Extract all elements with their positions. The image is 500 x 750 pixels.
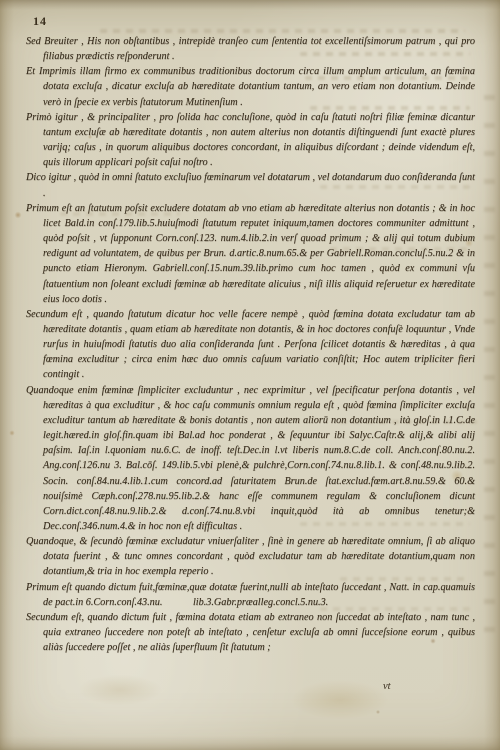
- paragraph-6: Secundum eſt , quando ſtatutum dicatur h…: [26, 307, 475, 383]
- catchword: vt: [383, 681, 391, 692]
- paragraph-9: Primum eſt quando dictum fuit,fœminæ,quæ…: [26, 580, 475, 610]
- paragraph-7: Quandoque enim fœminæ ſimpliciter exclud…: [26, 383, 475, 535]
- paragraph-2: Et Imprimis illam firmo ex communibus tr…: [26, 64, 475, 109]
- paragraph-5: Primum eſt an ſtatutum poſsit excludere …: [26, 201, 475, 307]
- text-block: Sed Breuiter , His non obſtantibus , int…: [26, 34, 475, 655]
- paragraph-3: Primò igitur , & principaliter , pro ſol…: [26, 110, 475, 171]
- page-number: 14: [33, 14, 47, 29]
- paragraph-8: Quandoque, & ſecundò fœminæ excludatur v…: [26, 534, 475, 579]
- verso-show-through-column: [484, 95, 495, 640]
- scanned-book-page: 14 Sed Breuiter , His non obſtantibus , …: [0, 0, 500, 750]
- paragraph-1: Sed Breuiter , His non obſtantibus , int…: [26, 34, 475, 64]
- paragraph-4: Dico igitur , quòd in omni ſtatuto exclu…: [26, 170, 475, 200]
- paragraph-10: Secundum eſt, quando dictum fuit , fœmin…: [26, 610, 475, 655]
- show-through-smudge: [100, 29, 465, 33]
